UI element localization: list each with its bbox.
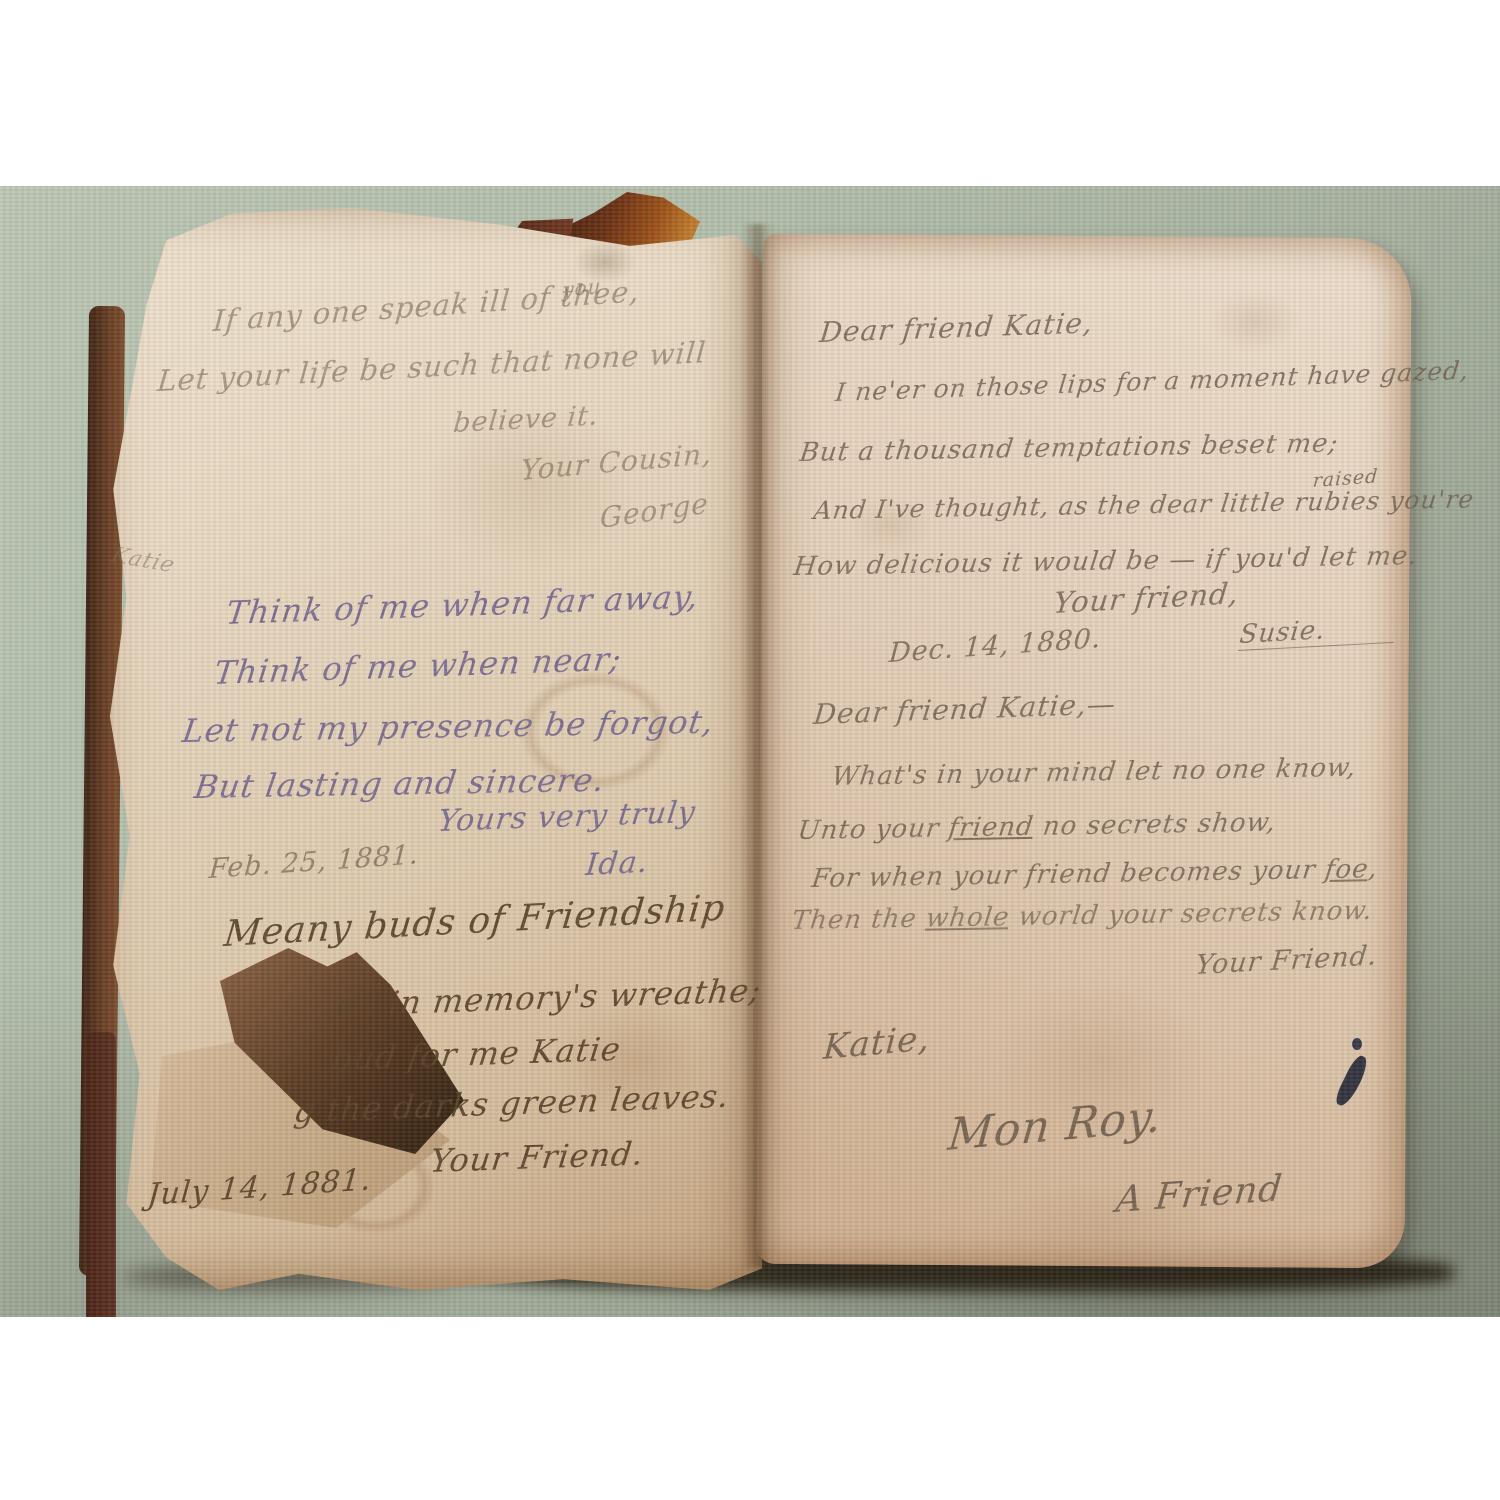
underlined-word: friend [947,812,1036,844]
underlined-word: foe [1323,854,1370,885]
signature: Ida. [584,844,650,883]
underlined-word: whole [924,902,1011,934]
ink-blot-dot [1352,1038,1362,1050]
line-part: Unto your [796,813,950,846]
book-cover-edge-bottom-left [86,1032,116,1317]
photo-of-open-autograph-album: you If any one speak ill of thee, Let yo… [0,186,1500,1317]
line-part: Then the [790,904,928,936]
line-part: world your secrets know. [1008,896,1375,932]
closing: Your Friend. [428,1134,646,1180]
line-part: no secrets show, [1032,808,1278,842]
gutter-shadow [742,224,778,1268]
